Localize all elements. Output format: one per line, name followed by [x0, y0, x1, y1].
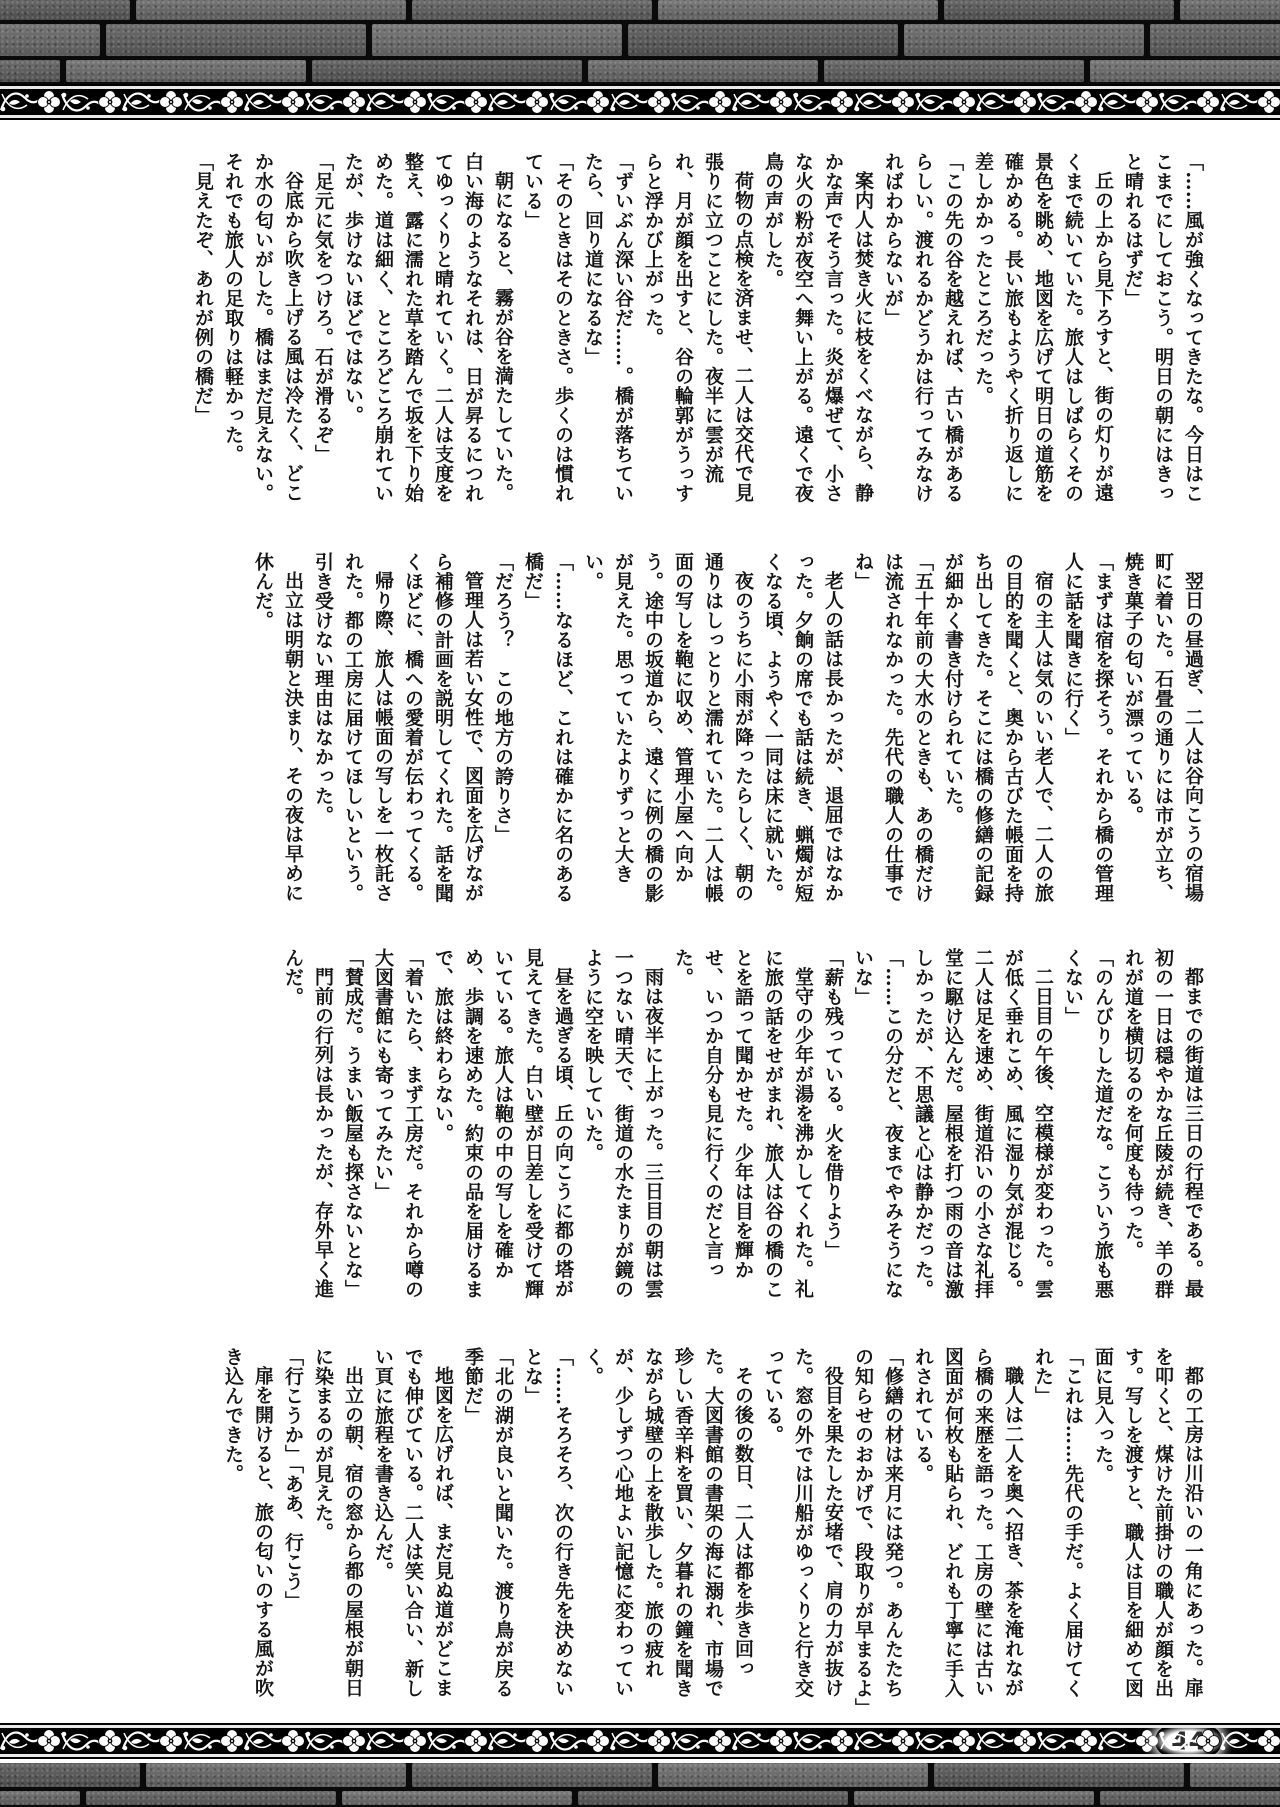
flower-vine-icon: [427, 89, 488, 115]
brick: [1180, 0, 1280, 20]
brick-row: [0, 24, 1280, 56]
paragraph: 「だろう？ この地方の誇りさ」: [488, 552, 518, 918]
flower-vine-icon: [61, 1728, 122, 1754]
brick: [578, 1791, 848, 1805]
paragraph: 谷底から吹き上げる風は冷たく、どこか水の匂いがした。橋はまだ見えない。それでも旅…: [218, 152, 308, 518]
flower-vine-icon: [671, 89, 732, 115]
paragraph: 丘の上から見下ろすと、街の灯りが遠くまで続いていた。旅人はしばらくその景色を眺め…: [968, 152, 1118, 518]
flower-vine-icon: [488, 89, 549, 115]
paragraph: 「……この分だと、夜までやみそうにないな」: [848, 948, 908, 1314]
flower-vine-icon: [244, 89, 305, 115]
flower-vine-icon: [366, 89, 427, 115]
brick: [1090, 60, 1280, 82]
paragraph: 都の工房は川沿いの一角にあった。扉を叩くと、煤けた前掛けの職人が顔を出す。写しを…: [1088, 1347, 1208, 1713]
paragraph: 荷物の点検を済ませ、二人は交代で見張りに立つことにした。夜半に雲が流れ、月が顔を…: [638, 152, 758, 518]
paragraph: 案内人は焚き火に枝をくべながら、静かな声でそう言った。炎が爆ぜて、小さな火の粉が…: [758, 152, 878, 518]
brick-border-top: [0, 0, 1280, 84]
flower-vine-icon: [549, 89, 610, 115]
paragraph: 「ずいぶん深い谷だ……。橋が落ちていたら、回り道になるな」: [578, 152, 638, 518]
flower-vine-icon: [793, 1728, 854, 1754]
paragraph: 朝になると、霧が谷を満たしていた。白い海のようなそれは、日が昇るにつれてゆっくり…: [338, 152, 518, 518]
flower-vine-icon: [61, 89, 122, 115]
divider-line: [0, 118, 1280, 120]
flower-vine-icon: [1037, 89, 1098, 115]
brick: [944, 0, 1174, 20]
brick: [588, 60, 818, 82]
flower-vine-icon: [122, 89, 183, 115]
flower-vine-icon: [488, 1728, 549, 1754]
paragraph: 「……なるほど、これは確かに名のある橋だ」: [518, 552, 578, 918]
brick: [904, 24, 1144, 56]
flower-vine-icon: [183, 1728, 244, 1754]
flower-vine-icon: [976, 89, 1037, 115]
text-band-1: 「……風が強くなってきたな。今日はここまでにしておこう。明日の朝にはきっと晴れる…: [160, 152, 1208, 518]
paragraph: 管理人は若い女性で、図面を広げながら補修の計画を説明してくれた。話を聞くほどに、…: [398, 552, 488, 918]
flower-vine-icon: [854, 1728, 915, 1754]
flower-vine-icon: [915, 1728, 976, 1754]
flower-vine-icon: [1037, 1728, 1098, 1754]
brick-row: [0, 0, 1280, 20]
flower-vine-icon: [1098, 89, 1159, 115]
flower-vine-icon: [0, 89, 61, 115]
paragraph: 「修繕の材は来月には発つ。あんたたちの知らせのおかげで、段取りが早まるよ」: [848, 1347, 908, 1713]
brick: [658, 1763, 928, 1787]
brick: [0, 1791, 80, 1805]
flower-vine-icon: [549, 1728, 610, 1754]
paragraph: 「北の湖が良いと聞いた。渡り鳥が戻る季節だ」: [458, 1347, 518, 1713]
paragraph: 「薪も残っている。火を借りよう」: [818, 948, 848, 1314]
flower-vine-icon: [1220, 89, 1280, 115]
brick: [86, 1791, 336, 1805]
paragraph: 「まずは宿を探そう。それから橋の管理人に話を聞きに行く」: [1058, 552, 1118, 918]
flower-vine-icon: [1220, 1728, 1280, 1754]
brick: [106, 24, 366, 56]
paragraph: 雨は夜半に上がった。三日目の朝は雲一つない晴天で、街道の水たまりが鏡のように空を…: [578, 948, 668, 1314]
text-band-3: 都までの街道は三日の行程である。最初の一日は穏やかな丘陵が続き、羊の群れが道を横…: [160, 948, 1208, 1314]
brick: [0, 1763, 140, 1787]
flower-vine-icon: [1159, 89, 1220, 115]
paragraph: 二日目の午後、空模様が変わった。雲が低く垂れこめ、風に湿り気が混じる。二人は足を…: [908, 948, 1058, 1314]
paragraph: 「賛成だ。うまい飯屋も探さないとな」: [338, 948, 368, 1314]
flower-vine-icon: [183, 89, 244, 115]
paragraph: 出立は明朝と決まり、その夜は早めに休んだ。: [248, 552, 308, 918]
flower-vine-icon: [732, 89, 793, 115]
brick: [628, 24, 898, 56]
paragraph: 職人は二人を奥へ招き、茶を淹れながら橋の来歴を語った。工房の壁には古い図面が何枚…: [908, 1347, 1028, 1713]
brick: [0, 24, 100, 56]
brick: [136, 0, 406, 20]
paragraph: 門前の行列は長かったが、存外早く進んだ。: [278, 948, 338, 1314]
flower-vine-icon: [793, 89, 854, 115]
brick: [658, 0, 938, 20]
divider-line: [0, 1757, 1280, 1759]
flower-vine-ornament-row: [0, 89, 1280, 115]
flower-vine-icon: [366, 1728, 427, 1754]
paragraph: 「のんびりした道だな。こういう旅も悪くない」: [1058, 948, 1118, 1314]
brick: [146, 1763, 406, 1787]
flower-vine-icon: [0, 1728, 61, 1754]
brick: [372, 24, 622, 56]
paragraph: 「……そろそろ、次の行き先を決めないとな」: [518, 1347, 578, 1713]
brick: [312, 60, 582, 82]
ornament-border-bottom: 44: [0, 1723, 1280, 1759]
flower-vine-icon: [915, 89, 976, 115]
brick-row: [0, 1791, 1280, 1805]
paragraph: 老人の話は長かったが、退屈ではなかった。夕餉の席でも話は続き、蝋燭が短くなる頃、…: [758, 552, 848, 918]
flower-vine-icon: [854, 89, 915, 115]
paragraph: 「見えたぞ、あれが例の橋だ」: [188, 152, 218, 518]
brick: [934, 1763, 1184, 1787]
flower-vine-icon: [976, 1728, 1037, 1754]
flower-vine-icon: [610, 1728, 671, 1754]
brick: [1150, 24, 1280, 56]
brick: [412, 0, 652, 20]
brick-row: [0, 1763, 1280, 1787]
brick: [412, 1763, 652, 1787]
paragraph: 出立の朝、宿の窓から都の屋根が朝日に染まるのが見えた。: [308, 1347, 368, 1713]
paragraph: 「足元に気をつけろ。石が滑るぞ」: [308, 152, 338, 518]
flower-vine-icon: [427, 1728, 488, 1754]
brick: [1190, 1763, 1280, 1787]
brick-border-bottom: [0, 1763, 1280, 1807]
brick: [0, 60, 60, 82]
ornament-border-top: [0, 84, 1280, 120]
paragraph: 「……風が強くなってきたな。今日はここまでにしておこう。明日の朝にはきっと晴れる…: [1118, 152, 1208, 518]
paragraph: 「五十年前の大水のときも、あの橋だけは流されなかった。先代の職人の仕事でね」: [848, 552, 938, 918]
paragraph: 「そのときはそのときさ。歩くのは慣れている」: [518, 152, 578, 518]
brick: [0, 0, 130, 20]
paragraph: 「この先の谷を越えれば、古い橋があるらしい。渡れるかどうかは行ってみなければわか…: [878, 152, 968, 518]
paragraph: 夜のうちに小雨が降ったらしく、朝の通りはしっとりと濡れていた。二人は帳面の写しを…: [578, 552, 758, 918]
paragraph: 「着いたら、まず工房だ。それから噂の大図書館にも寄ってみたい」: [368, 948, 428, 1314]
brick: [1100, 1791, 1280, 1805]
flower-vine-icon: [244, 1728, 305, 1754]
paragraph: 宿の主人は気のいい老人で、二人の旅の目的を聞くと、奥から古びた帳面を持ち出してき…: [938, 552, 1058, 918]
paragraph: 地図を広げれば、まだ見ぬ道がどこまでも伸びている。二人は笑い合い、新しい頁に旅程…: [368, 1347, 458, 1713]
paragraph: 帰り際、旅人は帳面の写しを一枚託された。都の工房に届けてほしいという。引き受けな…: [308, 552, 398, 918]
brick: [342, 1791, 572, 1805]
paragraph: 扉を開けると、旅の匂いのする風が吹き込んできた。: [218, 1347, 278, 1713]
paragraph: 「行こうか」「ああ、行こう」: [278, 1347, 308, 1713]
flower-vine-icon: [671, 1728, 732, 1754]
text-band-2: 翌日の昼過ぎ、二人は谷向こうの宿場町に着いた。石畳の通りには市が立ち、焼き菓子の…: [160, 552, 1208, 918]
flower-vine-icon: [1098, 1728, 1159, 1754]
brick: [854, 1791, 1094, 1805]
text-band-4: 都の工房は川沿いの一角にあった。扉を叩くと、煤けた前掛けの職人が顔を出す。写しを…: [160, 1347, 1208, 1713]
paragraph: 堂守の少年が湯を沸かしてくれた。礼に旅の話をせがまれ、旅人は谷の橋のことを語って…: [668, 948, 818, 1314]
paragraph: 「これは……先代の手だ。よく届けてくれた」: [1028, 1347, 1088, 1713]
book-page: { "page": { "number": "44" }, "colors": …: [0, 0, 1280, 1807]
paragraph: 昼を過ぎる頃、丘の向こうに都の塔が見えてきた。白い壁が日差しを受けて輝いている。…: [428, 948, 578, 1314]
paragraph: その後の数日、二人は都を歩き回った。大図書館の書架の海に溺れ、市場で珍しい香辛料…: [578, 1347, 758, 1713]
paragraph: 都までの街道は三日の行程である。最初の一日は穏やかな丘陵が続き、羊の群れが道を横…: [1118, 948, 1208, 1314]
flower-vine-ornament-row: 44: [0, 1728, 1280, 1754]
brick: [824, 60, 1084, 82]
flower-vine-icon: [122, 1728, 183, 1754]
paragraph: 翌日の昼過ぎ、二人は谷向こうの宿場町に着いた。石畳の通りには市が立ち、焼き菓子の…: [1118, 552, 1208, 918]
brick-row: [0, 60, 1280, 82]
flower-vine-icon: [305, 1728, 366, 1754]
flower-vine-icon: [610, 89, 671, 115]
flower-vine-icon: [1159, 1728, 1220, 1754]
flower-vine-icon: [732, 1728, 793, 1754]
brick: [66, 60, 306, 82]
paragraph: 役目を果たした安堵で、肩の力が抜けた。窓の外では川船がゆっくりと行き交っている。: [758, 1347, 848, 1713]
flower-vine-icon: [305, 89, 366, 115]
